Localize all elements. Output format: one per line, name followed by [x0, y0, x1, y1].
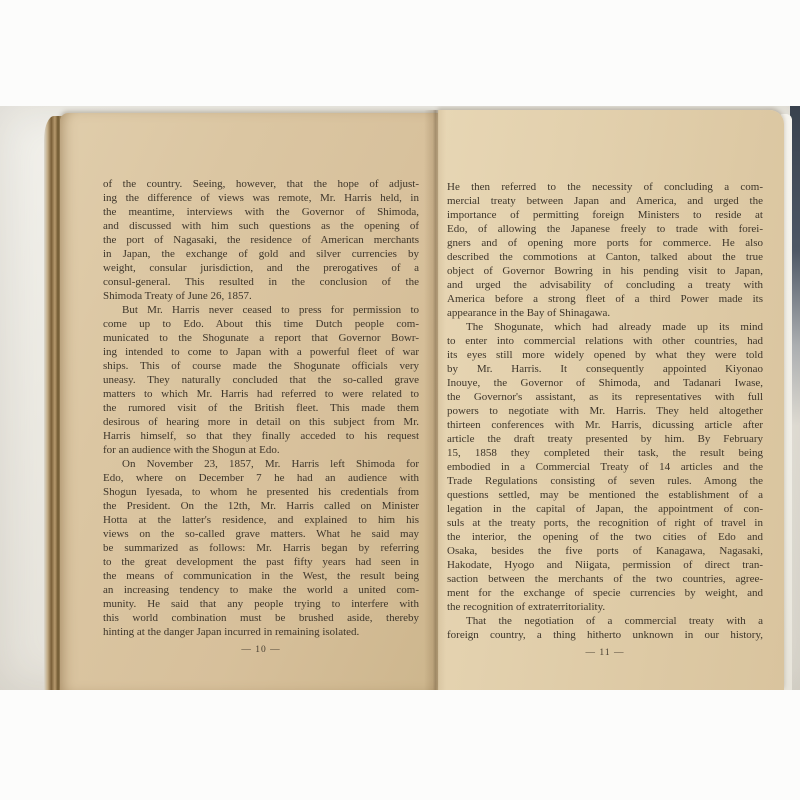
left-page-text: of the country. Seeing, however, that th… — [103, 177, 419, 639]
gutter-shadow — [424, 110, 446, 690]
book-photo: of the country. Seeing, however, that th… — [0, 106, 800, 690]
text-line: the means of communication in the West, … — [103, 569, 419, 583]
text-line: embodied in a Commercial Treaty of 14 ar… — [447, 460, 763, 474]
text-line: importance of permitting foreign Ministe… — [447, 208, 763, 222]
text-line: municated to the Shogunate a report that… — [103, 331, 419, 345]
text-line: Edo, where on December 7 he had an audie… — [103, 471, 419, 485]
text-line: foreign country, a thing hitherto unknow… — [447, 628, 763, 642]
text-line: Hotta at the latter's residence, and exp… — [103, 513, 419, 527]
text-line: But Mr. Harris never ceased to press for… — [103, 303, 419, 317]
text-line: desirous of hearing more in detail on th… — [103, 415, 419, 429]
text-line: the port of Nagasaki, the residence of A… — [103, 233, 419, 247]
text-line: matters to which Mr. Harris had referred… — [103, 387, 419, 401]
text-line: appearance in the Bay of Shinagawa. — [447, 306, 763, 320]
text-line: On November 23, 1857, Mr. Harris left Sh… — [103, 457, 419, 471]
text-line: and urged the advisability of concluding… — [447, 278, 763, 292]
text-line: by Mr. Harris. It consequently appointed… — [447, 362, 763, 376]
text-line: Shimoda Treaty of June 26, 1857. — [103, 289, 419, 303]
text-line: questions settled, may be mentioned the … — [447, 488, 763, 502]
text-line: object of Governor Bowring in his pendin… — [447, 264, 763, 278]
text-line: munity. He said that any people trying t… — [103, 597, 419, 611]
text-line: views on the so-called grave matters. Wh… — [103, 527, 419, 541]
text-line: The Shogunate, which had already made up… — [447, 320, 763, 334]
text-line: Inouye, the Governor of Shimoda, and Tad… — [447, 376, 763, 390]
text-line: article the draft treaty presented by hi… — [447, 432, 763, 446]
text-line: ships. This of course made the Shogunate… — [103, 359, 419, 373]
right-page-text: He then referred to the necessity of con… — [447, 180, 763, 642]
text-line: legation in the capital of Japan, the ap… — [447, 502, 763, 516]
text-line: the Governor's assistant, as its represe… — [447, 390, 763, 404]
text-line: Shogun Iyesada, to whom he presented his… — [103, 485, 419, 499]
text-line: the rumored visit of the British fleet. … — [103, 401, 419, 415]
text-line: the interior, the opening of the two cit… — [447, 530, 763, 544]
text-line: Trade Regulations consisting of seven ru… — [447, 474, 763, 488]
text-line: described the commotions at Canton, talk… — [447, 250, 763, 264]
text-line: in Japan, the exchange of gold and silve… — [103, 247, 419, 261]
text-line: weight, consular jurisdiction, and the p… — [103, 261, 419, 275]
text-line: this world combination must be brushed a… — [103, 611, 419, 625]
text-line: uneasy. They naturally concluded that th… — [103, 373, 419, 387]
text-line: 15, 1858 they completed their task, the … — [447, 446, 763, 460]
text-line: gners and of opening more ports for comm… — [447, 236, 763, 250]
text-line: consul-general. This resulted in the con… — [103, 275, 419, 289]
text-line: That the negotiation of a commercial tre… — [447, 614, 763, 628]
text-line: Hakodate, Hyogo and Niigata, permission … — [447, 558, 763, 572]
text-line: for an audience with the Shogun at Edo. — [103, 443, 419, 457]
left-page-number: — 10 — — [103, 645, 419, 655]
text-line: be summarized as follows: Mr. Harris beg… — [103, 541, 419, 555]
text-line: to the great development the past fifty … — [103, 555, 419, 569]
text-line: saction between the merchants of the two… — [447, 572, 763, 586]
text-line: ing the difference of views was remote, … — [103, 191, 419, 205]
text-line: to enter into commercial relations with … — [447, 334, 763, 348]
text-line: its eyes still more widely opened by wha… — [447, 348, 763, 362]
text-line: and discussed with him such questions as… — [103, 219, 419, 233]
text-line: powers to negotiate with Mr. Harris. The… — [447, 404, 763, 418]
text-line: the President. On the 12th, Mr. Harris c… — [103, 499, 419, 513]
text-line: of the country. Seeing, however, that th… — [103, 177, 419, 191]
text-line: the recognition of extraterritoriality. — [447, 600, 763, 614]
text-line: America before a strong fleet of a third… — [447, 292, 763, 306]
text-line: hinting at the danger Japan incurred in … — [103, 625, 419, 639]
text-line: Osaka, besides the five ports of Kanagaw… — [447, 544, 763, 558]
text-line: Harris himself, so that they finally acc… — [103, 429, 419, 443]
text-line: come up to Edo. About this time Dutch pe… — [103, 317, 419, 331]
text-line: He then referred to the necessity of con… — [447, 180, 763, 194]
text-line: thirteen conferences with Mr. Harris, di… — [447, 418, 763, 432]
text-line: suls at the treaty ports, the recognitio… — [447, 516, 763, 530]
text-line: Edo, of allowing the Japanese freely to … — [447, 222, 763, 236]
text-line: an increasing tendency to make the world… — [103, 583, 419, 597]
text-line: ing intended to come to Japan with a pow… — [103, 345, 419, 359]
right-page-number: — 11 — — [447, 648, 763, 658]
text-line: ment for the exchange of specie currenci… — [447, 586, 763, 600]
text-line: mercial treaty between Japan and America… — [447, 194, 763, 208]
text-line: the meantime, interviews with the Govern… — [103, 205, 419, 219]
